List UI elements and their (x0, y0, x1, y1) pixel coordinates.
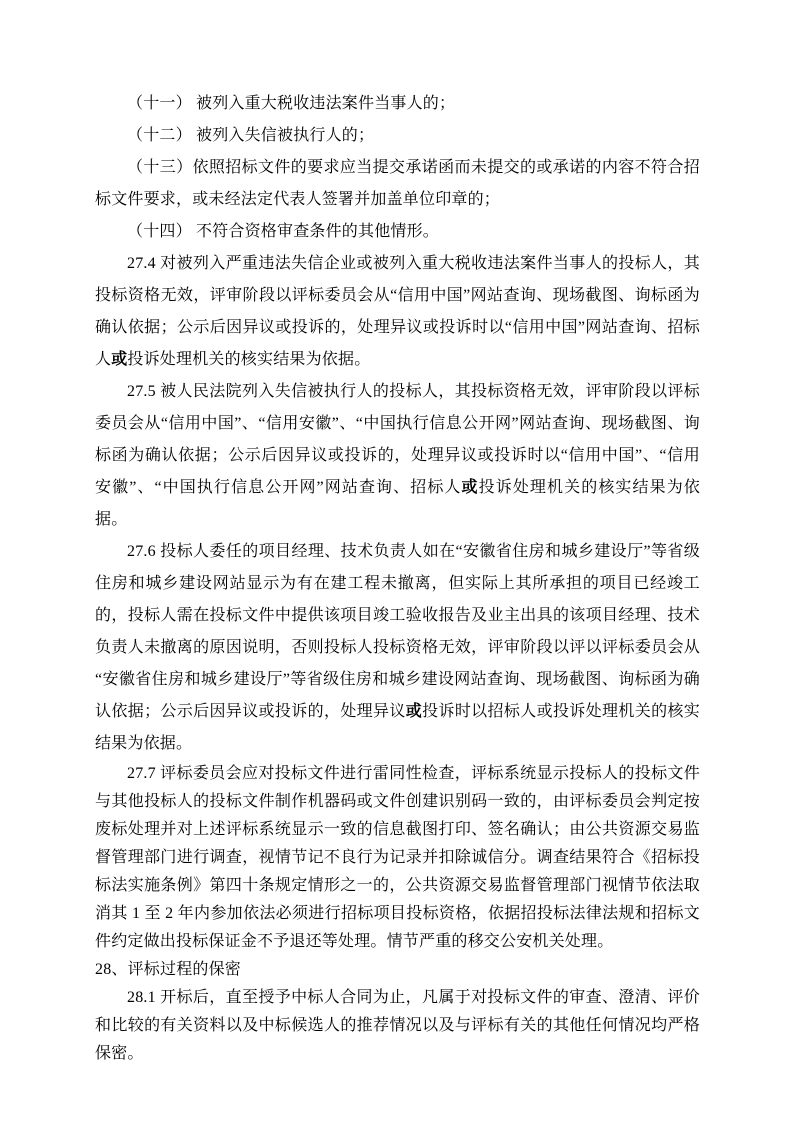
text-run: （十三）依照招标文件的要求应当提交承诺函而未提交的或承诺的内容不符合招标文件要求… (95, 159, 700, 208)
paragraph-item-14: （十四） 不符合资格审查条件的其他情形。 (95, 216, 700, 248)
text-run: （十二） 被列入失信被执行人的； (127, 127, 374, 144)
bold-emphasis: 或 (406, 703, 422, 720)
heading-section-28: 28、评标过程的保密 (95, 956, 700, 984)
paragraph-item-12: （十二） 被列入失信被执行人的； (95, 120, 700, 152)
paragraph-item-11: （十一） 被列入重大税收违法案件当事人的； (95, 88, 700, 120)
paragraph-item-13: （十三）依照招标文件的要求应当提交承诺函而未提交的或承诺的内容不符合招标文件要求… (95, 152, 700, 216)
text-run: 28、评标过程的保密 (95, 961, 241, 978)
bold-emphasis: 或 (462, 479, 479, 496)
text-run: 投诉处理机关的核实结果为依据。 (127, 351, 370, 368)
paragraph-clause-27-5: 27.5 被人民法院列入失信被执行人的投标人，其投标资格无效，评审阶段以评标委员… (95, 376, 700, 536)
paragraph-clause-27-6: 27.6 投标人委任的项目经理、技术负责人如在“安徽省住房和城乡建设厅”等省级住… (95, 536, 700, 760)
bold-emphasis: 或 (111, 351, 127, 368)
paragraph-clause-27-7: 27.7 评标委员会应对投标文件进行雷同性检查，评标系统显示投标人的投标文件与其… (95, 760, 700, 956)
text-run: 27.7 评标委员会应对投标文件进行雷同性检查，评标系统显示投标人的投标文件与其… (95, 765, 700, 950)
text-run: （十四） 不符合资格审查条件的其他情形。 (127, 223, 439, 240)
text-run: 27.6 投标人委任的项目经理、技术负责人如在“安徽省住房和城乡建设厅”等省级住… (95, 543, 700, 720)
text-run: 28.1 开标后，直至授予中标人合同为止，凡属于对投标文件的审查、澄清、评价和比… (95, 989, 700, 1062)
paragraph-clause-28-1: 28.1 开标后，直至授予中标人合同为止，凡属于对投标文件的审查、澄清、评价和比… (95, 984, 700, 1068)
text-run: （十一） 被列入重大税收违法案件当事人的； (127, 95, 455, 112)
paragraph-clause-27-4: 27.4 对被列入严重违法失信企业或被列入重大税收违法案件当事人的投标人，其投标… (95, 248, 700, 376)
document-page: （十一） 被列入重大税收违法案件当事人的； （十二） 被列入失信被执行人的； （… (0, 0, 794, 1122)
